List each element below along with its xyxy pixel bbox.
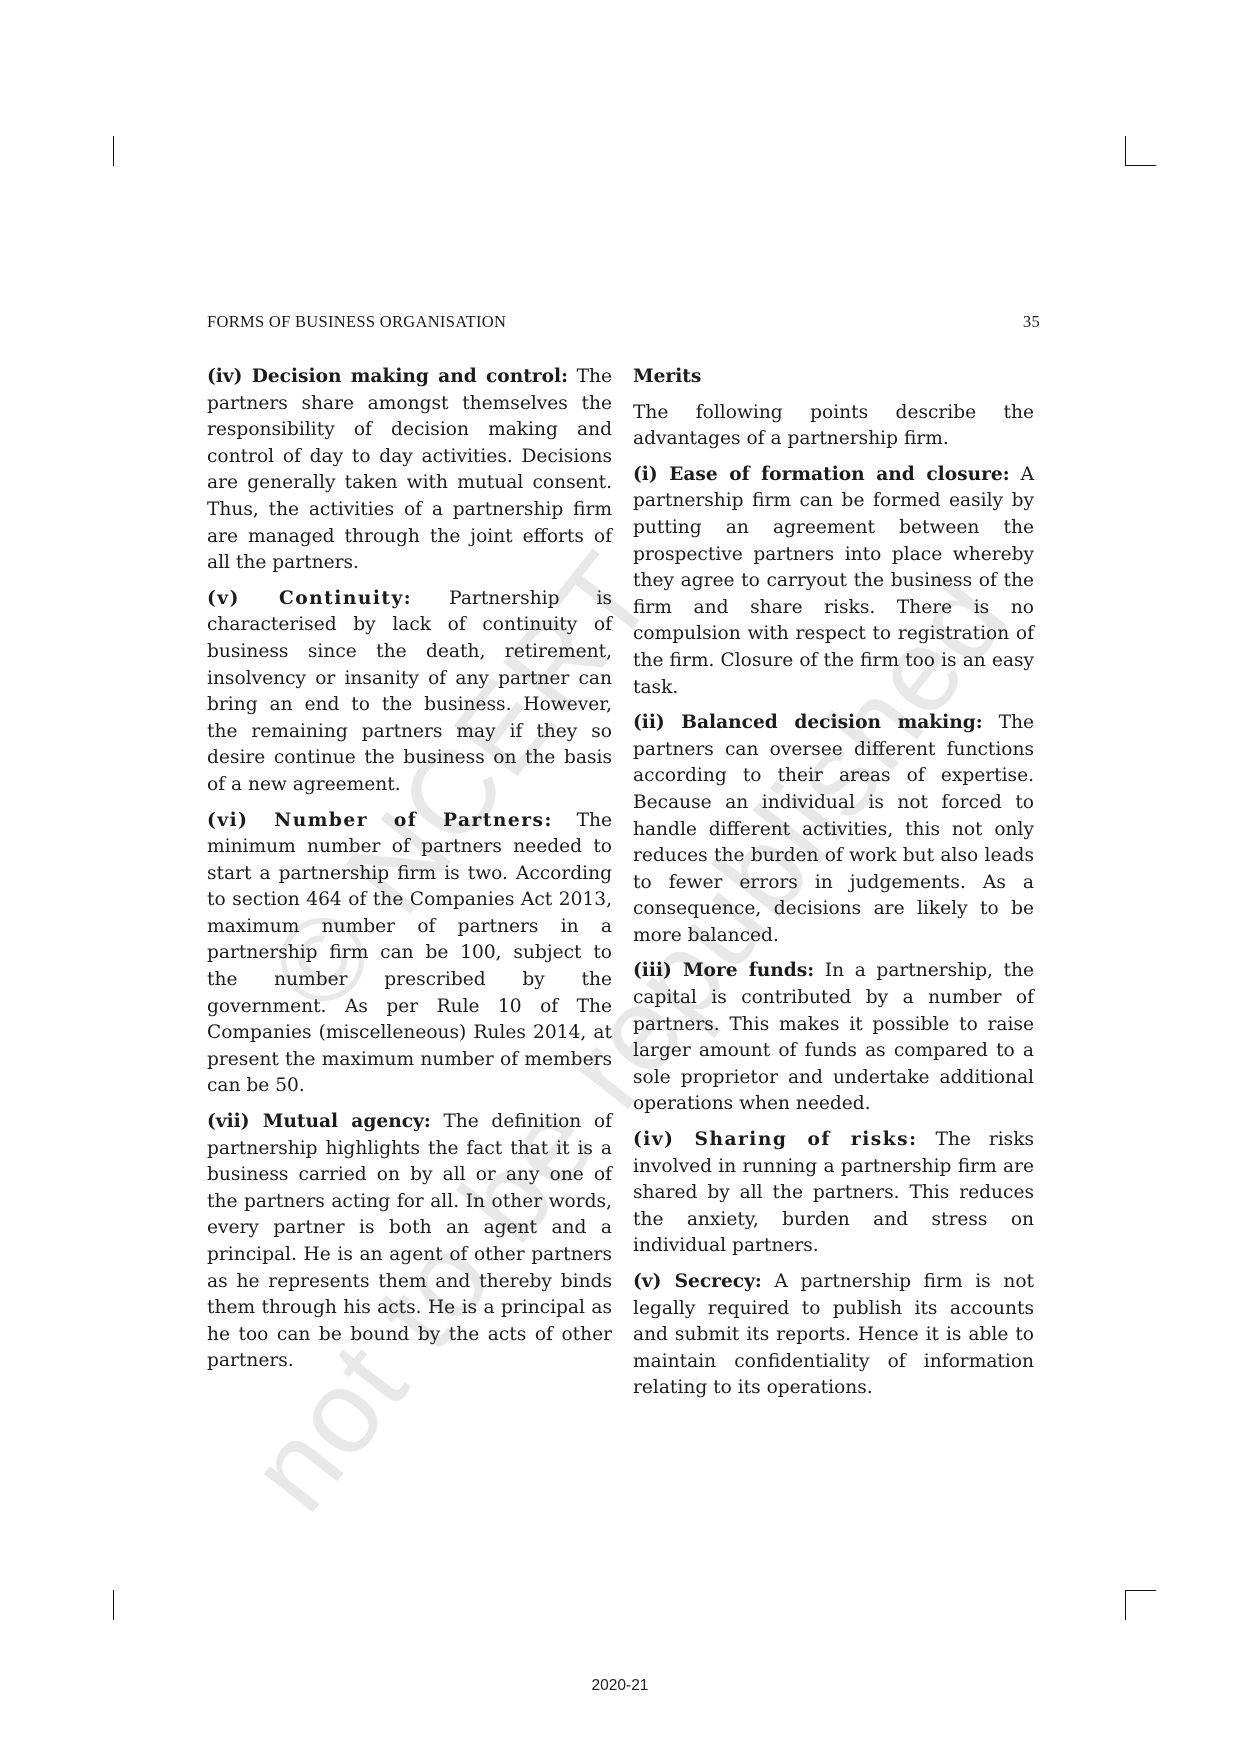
paragraph-label: (vi) Number of Partners:: [207, 810, 553, 831]
paragraph-decision-making: (iv) Decision making and control: The pa…: [207, 364, 612, 577]
paragraph-label: (iv) Sharing of risks:: [633, 1129, 917, 1150]
crop-mark-bottom-right-horizontal: [1125, 1590, 1156, 1591]
crop-mark-top-right-horizontal: [1125, 165, 1156, 166]
paragraph-label: (v) Secrecy:: [633, 1271, 762, 1292]
crop-mark-bottom-right-vertical: [1125, 1590, 1126, 1620]
section-heading-merits: Merits: [633, 364, 1034, 391]
paragraph-more-funds: (iii) More funds: In a partnership, the …: [633, 958, 1034, 1118]
crop-mark-top-left: [113, 136, 114, 166]
chapter-title: FORMS OF BUSINESS ORGANISATION: [207, 312, 506, 332]
paragraph-sharing-of-risks: (iv) Sharing of risks: The risks involve…: [633, 1127, 1034, 1260]
paragraph-label: (vii) Mutual agency:: [207, 1111, 431, 1132]
merits-intro: The following points describe the advant…: [633, 400, 1034, 453]
paragraph-text: The partners share amongst themselves th…: [207, 366, 612, 573]
paragraph-ease-of-formation: (i) Ease of formation and closure: A par…: [633, 462, 1034, 701]
paragraph-text: In a partnership, the capital is contrib…: [633, 960, 1034, 1114]
right-column: Merits The following points describe the…: [633, 364, 1034, 1411]
textbook-page: © NCERT not to be republished FORMS OF B…: [0, 0, 1240, 1753]
paragraph-label: (iv) Decision making and control:: [207, 366, 568, 387]
running-header: FORMS OF BUSINESS ORGANISATION 35: [207, 312, 1040, 332]
paragraph-text: The partners can oversee different funct…: [633, 712, 1034, 946]
paragraph-text: The minimum number of partners needed to…: [207, 810, 612, 1097]
paragraph-label: (v) Continuity:: [207, 588, 412, 609]
paragraph-text: A partnership firm can be formed easily …: [633, 464, 1034, 698]
left-column: (iv) Decision making and control: The pa…: [207, 364, 612, 1384]
paragraph-number-of-partners: (vi) Number of Partners: The minimum num…: [207, 808, 612, 1101]
paragraph-continuity: (v) Continuity: Partnership is character…: [207, 586, 612, 799]
paragraph-mutual-agency: (vii) Mutual agency: The definition of p…: [207, 1109, 612, 1375]
paragraph-label: (iii) More funds:: [633, 960, 814, 981]
crop-mark-bottom-left: [113, 1590, 114, 1620]
footer-year: 2020-21: [0, 1677, 1240, 1695]
paragraph-text: Partnership is characterised by lack of …: [207, 588, 612, 795]
paragraph-label: (i) Ease of formation and closure:: [633, 464, 1010, 485]
page-number: 35: [1023, 312, 1040, 332]
paragraph-label: (ii) Balanced decision making:: [633, 712, 983, 733]
paragraph-text: The definition of partnership highlights…: [207, 1111, 612, 1371]
crop-mark-top-right-vertical: [1125, 136, 1126, 166]
paragraph-secrecy: (v) Secrecy: A partnership firm is not l…: [633, 1269, 1034, 1402]
paragraph-balanced-decision: (ii) Balanced decision making: The partn…: [633, 710, 1034, 949]
